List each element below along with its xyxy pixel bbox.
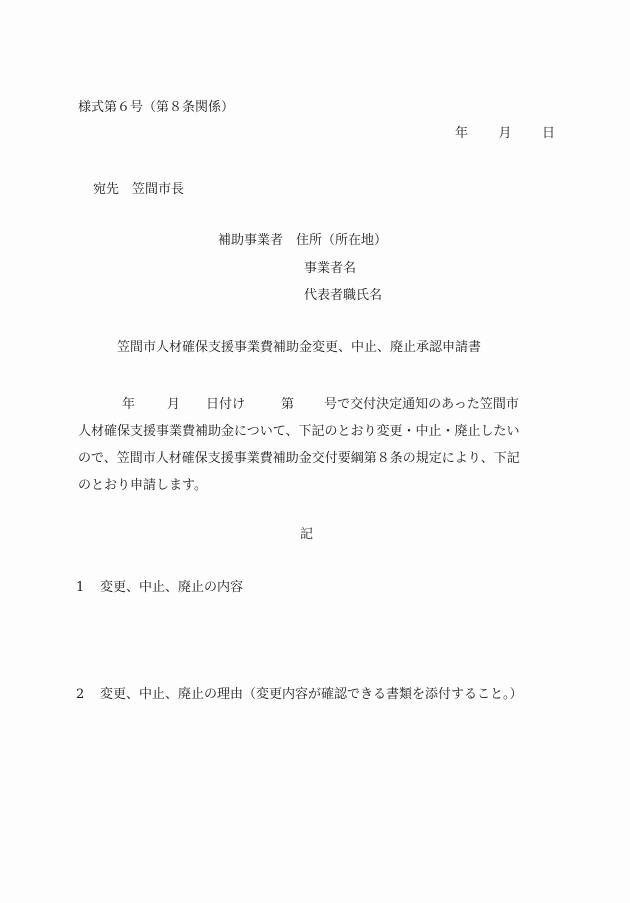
body-line-4: のとおり申請します。: [78, 472, 554, 499]
record-heading: 記: [300, 528, 313, 541]
body-month: 月: [167, 397, 180, 412]
item-change-content: 1変更、中止、廃止の内容: [76, 581, 243, 594]
body-day: 日付け: [206, 397, 245, 412]
applicant-role: 補助事業者: [218, 233, 283, 248]
addressee-prefix: 宛先: [93, 182, 119, 197]
item-number: 1: [76, 581, 100, 594]
date-month-label: 月: [498, 127, 511, 140]
body-year: 年: [122, 397, 135, 412]
addressee-name: 笠間市長: [132, 182, 184, 197]
body-dai: 第: [281, 397, 294, 412]
date-day-label: 日: [542, 127, 555, 140]
form-label: 様式第６号（第８条関係）: [78, 101, 234, 114]
change-reason-entry-area[interactable]: [76, 708, 556, 888]
representative-label: 代表者職氏名: [304, 289, 382, 302]
body-paragraph: 年月日付け第号で交付決定通知のあった笠間市 人材確保支援事業費補助金について、下…: [78, 391, 554, 499]
addressee: 宛先笠間市長: [93, 183, 184, 196]
item-label: 変更、中止、廃止の内容: [100, 580, 243, 595]
date-line: 年 月 日: [455, 127, 555, 140]
body-line-3: ので、笠間市人材確保支援事業費補助金交付要綱第８条の規定により、下記: [78, 445, 554, 472]
item-change-reason: 2変更、中止、廃止の理由（変更内容が確認できる書類を添付すること。）: [76, 688, 523, 701]
body-line-1-rest: 号で交付決定通知のあった笠間市: [324, 397, 519, 412]
body-line-2: 人材確保支援事業費補助金について、下記のとおり変更・中止・廃止したい: [78, 418, 554, 445]
business-name-label: 事業者名: [304, 262, 356, 275]
address-label: 住所（所在地）: [296, 233, 387, 248]
body-line-1: 年月日付け第号で交付決定通知のあった笠間市: [78, 391, 554, 418]
item-label: 変更、中止、廃止の理由（変更内容が確認できる書類を添付すること。）: [100, 687, 523, 702]
item-number: 2: [76, 688, 100, 701]
date-year-label: 年: [455, 127, 468, 140]
change-content-entry-area[interactable]: [76, 600, 556, 680]
applicant-address-line: 補助事業者住所（所在地）: [218, 234, 387, 247]
document-title: 笠間市人材確保支援事業費補助金変更、中止、廃止承認申請書: [117, 341, 481, 354]
